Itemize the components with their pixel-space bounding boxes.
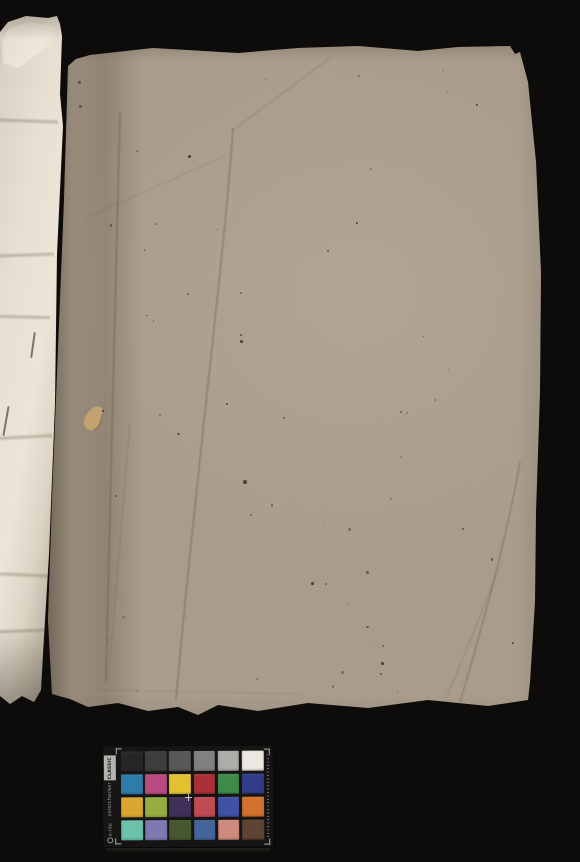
xrite-icon (108, 837, 114, 843)
colorchecker-patch (121, 797, 143, 817)
speck (250, 514, 252, 516)
speck (476, 104, 478, 106)
speck (442, 70, 444, 72)
stack-crease-line (0, 433, 52, 442)
staple-mark (2, 406, 9, 436)
speck (136, 150, 139, 153)
speck (406, 412, 407, 413)
speck (240, 340, 243, 343)
speck (400, 456, 402, 458)
colorchecker-patch (242, 819, 264, 839)
speck (503, 162, 504, 163)
speck (382, 645, 384, 647)
speck (332, 685, 334, 687)
speck (341, 671, 344, 674)
blank-page (46, 42, 546, 740)
speck (243, 480, 247, 484)
speck (512, 642, 514, 644)
speck (366, 626, 369, 629)
speck (265, 79, 266, 80)
speck (323, 524, 324, 525)
speck (176, 681, 177, 682)
speck (144, 249, 146, 251)
speck (446, 91, 447, 92)
speck (217, 229, 218, 230)
speck (146, 315, 147, 316)
speck (462, 528, 464, 530)
speck (348, 604, 350, 606)
ruler-ticks (267, 755, 269, 838)
colorchecker-brand-text: colorchecker (105, 782, 116, 816)
colorchecker-patch (169, 774, 191, 794)
stack-crease-line (0, 313, 50, 320)
speck (122, 616, 125, 619)
registration-bracket (115, 838, 121, 844)
speck (187, 293, 189, 295)
speck (240, 334, 242, 336)
speck (309, 321, 311, 323)
colorchecker-card: colorchecker CLASSIC x-rite (103, 746, 274, 848)
colorchecker-patch (121, 774, 143, 794)
colorchecker-patch (218, 797, 240, 817)
colorchecker-patch (169, 820, 191, 840)
speck (240, 292, 242, 294)
card-reflection (106, 848, 270, 853)
speck (397, 691, 398, 692)
speck (356, 222, 358, 224)
speck (390, 498, 391, 499)
speck (151, 68, 152, 69)
colorchecker-patch (218, 751, 240, 771)
speck (226, 403, 227, 404)
photo-frame: colorchecker CLASSIC x-rite (0, 0, 580, 862)
speck (423, 336, 425, 338)
speck (369, 644, 370, 645)
speck (206, 402, 207, 403)
paper-specks (46, 42, 546, 740)
colorchecker-patch (169, 751, 191, 771)
colorchecker-patch (121, 820, 143, 840)
speck (400, 411, 402, 413)
colorchecker-patch (145, 797, 167, 817)
center-cross-marker (185, 794, 192, 801)
speck (491, 558, 493, 560)
stack-crease-line (0, 627, 44, 635)
colorchecker-patch (193, 751, 215, 771)
speck (177, 433, 179, 435)
speck (418, 392, 419, 393)
colorchecker-patch (218, 819, 240, 839)
colorchecker-patch (121, 751, 143, 771)
colorchecker-patch (194, 820, 216, 840)
colorchecker-grid (121, 751, 264, 840)
speck (348, 528, 351, 531)
staple-mark (30, 332, 36, 358)
colorchecker-patch (145, 751, 167, 771)
speck (185, 617, 186, 618)
colorchecker-patch (242, 796, 264, 816)
speck (381, 662, 384, 665)
speck (434, 399, 436, 401)
registration-bracket (116, 748, 122, 754)
speck (283, 417, 285, 419)
speck (311, 582, 314, 585)
speck (358, 75, 360, 77)
speck (271, 504, 274, 507)
colorchecker-patch (242, 773, 264, 793)
speck (79, 105, 82, 108)
speck (327, 250, 329, 252)
speck (137, 690, 139, 692)
folded-corner (0, 18, 62, 94)
speck (380, 673, 382, 675)
registration-bracket (264, 839, 270, 845)
speck (160, 463, 161, 464)
speck (325, 583, 327, 585)
colorchecker-patch (218, 774, 240, 794)
speck (370, 168, 372, 170)
colorchecker-label: colorchecker CLASSIC (105, 750, 116, 816)
speck (366, 571, 368, 573)
stack-crease-line (0, 251, 54, 259)
xrite-text: x-rite (108, 823, 114, 836)
colorchecker-patch (194, 797, 216, 817)
speck (159, 414, 161, 416)
colorchecker-patch (242, 751, 264, 771)
stack-crease-line (0, 571, 48, 579)
colorchecker-series-text: CLASSIC (104, 756, 116, 780)
speck (448, 369, 449, 370)
speck (78, 81, 81, 84)
speck (108, 639, 110, 641)
colorchecker-patch (193, 774, 215, 794)
speck (153, 320, 155, 322)
speck (188, 155, 191, 158)
colorchecker-patch (145, 820, 167, 840)
colorchecker-patch (145, 774, 167, 794)
speck (115, 495, 117, 497)
speck (155, 223, 157, 225)
stack-crease-line (0, 117, 58, 125)
speck (256, 678, 258, 680)
speck (110, 224, 112, 226)
